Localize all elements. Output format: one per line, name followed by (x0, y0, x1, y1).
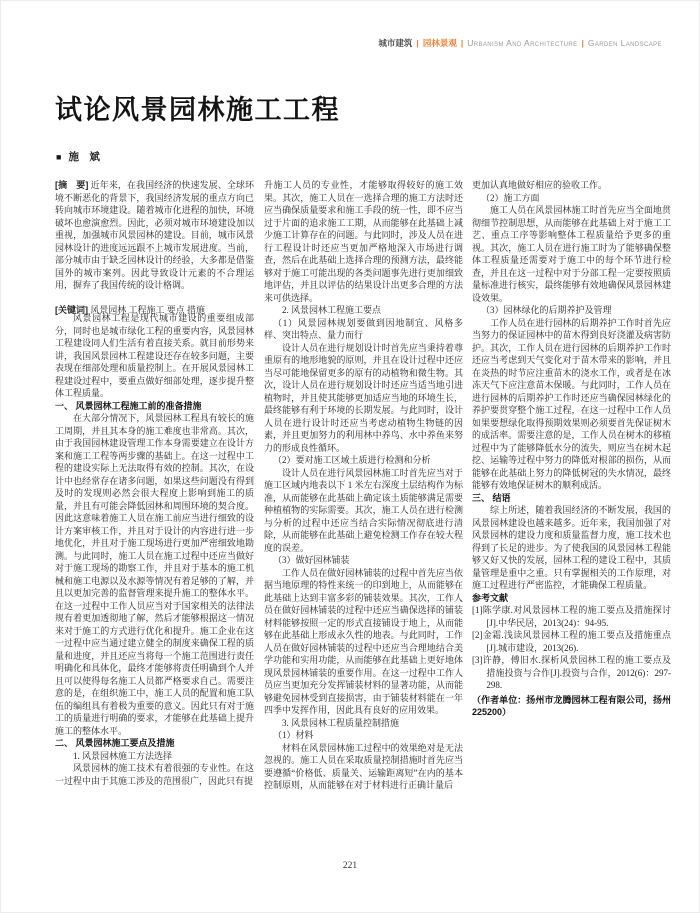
section-heading: 三、 结语 (472, 492, 671, 505)
text-column-3: 更加认真地做好相应的验收工作。（2）施工方面施工人员在风景园林施工时首先应当全面… (472, 179, 671, 719)
section-name-cn: 园林景观 (423, 38, 457, 48)
separator-icon: | (457, 38, 467, 48)
reference-item: [1]陈学康.对风景园林工程的施工要点及措施探讨[J].中华民居，2013(24… (472, 604, 671, 629)
journal-name-cn: 城市建筑 (378, 38, 412, 48)
author-line: ■施 斌 (56, 149, 100, 164)
abstract-label: [摘 要] (55, 180, 88, 190)
body-paragraph-continuation: 升施工人员的专业性，才能够取得较好的施工效果。其次，施工人员在一选择合理的施工方… (264, 179, 463, 304)
body-paragraph-continuation: 更加认真地做好相应的验收工作。 (472, 179, 671, 192)
author-bullet-icon: ■ (56, 152, 61, 162)
body-paragraph: 材料在风景园林施工过程中的效果绝对是无法忽视的。施工人员在采取质量控制措施时首先… (264, 742, 463, 792)
body-paragraph: 在大部分情况下，风景园林工程具有较长的施工周期，并且其本身的施工难度也非常高。其… (55, 412, 254, 737)
author-name: 施 斌 (68, 151, 100, 163)
reference-item: [2]金霜.浅读风景园林工程的施工要点及措施重点[J].城市建设，2013(26… (472, 629, 671, 654)
separator-icon: | (412, 38, 422, 48)
body-paragraph: 风景园林的施工技术有着很强的专业性。在这一过程中由于其施工涉及的范围很广，因此只… (55, 762, 254, 787)
section-name-en: Garden Landscape (588, 38, 662, 48)
body-paragraph: 工作人员在进行园林的后期养护工作时首先应当努力的保证园林中的苗木得到良好浇灌及病… (472, 317, 671, 492)
sub-heading: 1. 风景园林施工方法选择 (55, 750, 254, 763)
sub-sub-heading: （1）材料 (264, 729, 463, 742)
abstract-text: 近年来，在我国经济的快速发展、全球环境不断恶化的背景下，我国经济发展的重点方向已… (55, 180, 254, 290)
body-paragraph: 施工人员在风景园林施工时首先应当全面地贯彻细节控制思想，从而能够在此基础上对于施… (472, 204, 671, 304)
reference-item: [3]许静，傅旧水.探析风景园林工程的施工要点及措施投资与合作[J].投资与合作… (472, 654, 671, 692)
sub-heading: 2. 风景园林工程施工要点 (264, 304, 463, 317)
abstract-block: [摘 要] 近年来，在我国经济的快速发展、全球环境不断恶化的背景下，我国经济发展… (55, 179, 254, 316)
body-paragraph: 工作人员在做好园林铺装的过程中首先应当依据当地原理的特性来统一的印到地上，从而能… (264, 567, 463, 717)
page-number: 221 (0, 861, 700, 871)
body-paragraph: 综上所述，随着我国经济的不断发展，我国的风景园林建设也越来越多。近年来，我国加强… (472, 504, 671, 592)
section-heading: 一、 风景园林工程施工前的准备措施 (55, 400, 254, 413)
sub-sub-heading: （3）做好园林铺装 (264, 554, 463, 567)
section-heading: 参考文献 (472, 592, 671, 605)
journal-header: 城市建筑|园林景观|Urbanism And Architecture|Gard… (378, 37, 662, 49)
sub-sub-heading: （2）施工方面 (472, 192, 671, 205)
body-paragraph: 设计人员在进行风景园林施工时首先应当对于施工区域内地表以下 1 米左右深度土层结… (264, 467, 463, 555)
text-column-1: 风景园林工程是现代城市建设的重要组成部分，同时也是城市绿化工程的重要内容，风景园… (55, 312, 254, 787)
body-paragraph: 风景园林工程是现代城市建设的重要组成部分，同时也是城市绿化工程的重要内容，风景园… (55, 312, 254, 400)
sub-sub-heading: （3）园林绿化的后期养护及管理 (472, 304, 671, 317)
sub-heading: 3. 风景园林工程质量控制措施 (264, 717, 463, 730)
separator-icon: | (577, 38, 587, 48)
body-paragraph: 设计人员在进行规划设计时首先应当秉持着尊重原有的地形地貌的原则，并且在设计过程中… (264, 342, 463, 455)
sub-sub-heading: （1）风景园林规划要做到因地制宜、风格多样、突出特点、量力而行 (264, 317, 463, 342)
sub-sub-heading: （2）要对施工区域土质进行检测和分析 (264, 454, 463, 467)
abstract-paragraph: [摘 要] 近年来，在我国经济的快速发展、全球环境不断恶化的背景下，我国经济发展… (55, 179, 254, 292)
article-title: 试论风景园林施工工程 (55, 88, 340, 127)
text-column-2: 升施工人员的专业性，才能够取得较好的施工效果。其次，施工人员在一选择合理的施工方… (264, 179, 463, 792)
author-affiliation: （作者单位：扬州市龙腾园林工程有限公司，扬州225200） (472, 694, 671, 719)
journal-page: 城市建筑|园林景观|Urbanism And Architecture|Gard… (0, 0, 700, 913)
section-heading: 二、 风景园林施工要点及措施 (55, 737, 254, 750)
journal-name-en: Urbanism And Architecture (467, 38, 577, 48)
